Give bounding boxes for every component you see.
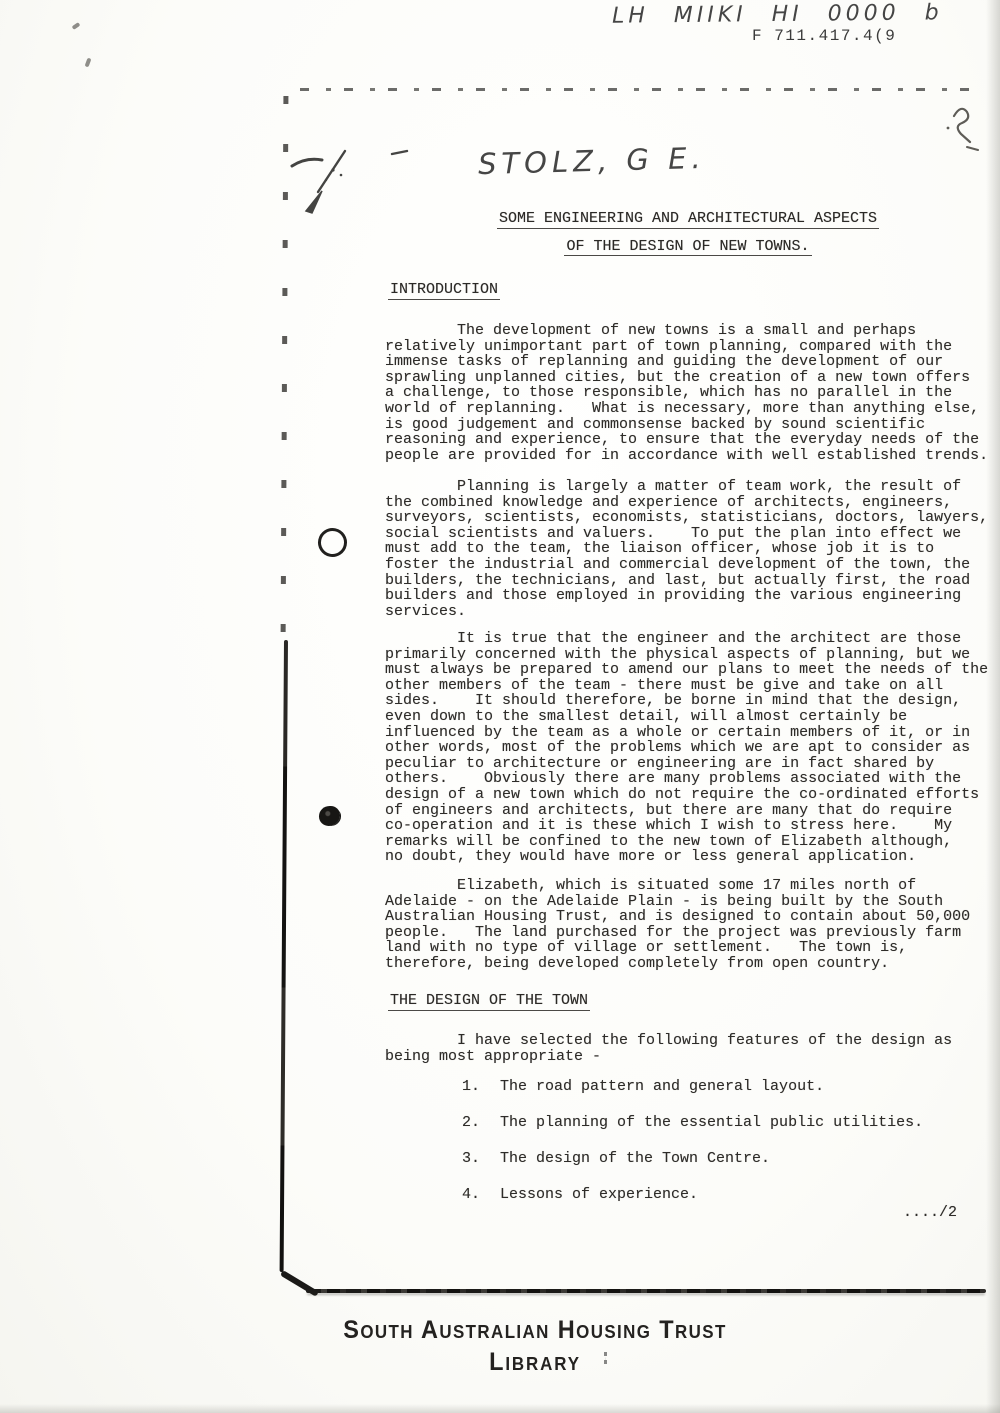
page-continuation-marker: ..../2 xyxy=(903,1205,957,1221)
document-title: SOME ENGINEERING AND ARCHITECTURAL ASPEC… xyxy=(385,211,991,256)
section-heading-design: THE DESIGN OF THE TOWN xyxy=(388,993,590,1011)
scanned-document-page: { "scan": { "handwritten_code": "LH MIIK… xyxy=(0,0,1000,1413)
section-heading-introduction: INTRODUCTION xyxy=(388,282,500,300)
punch-hole-circle xyxy=(315,525,349,559)
classification-number: F 711.417.4(9 xyxy=(752,27,896,45)
list-text: The road pattern and general layout. xyxy=(500,1079,824,1095)
title-line-1: SOME ENGINEERING AND ARCHITECTURAL ASPEC… xyxy=(385,211,991,229)
list-item-1: 1. The road pattern and general layout. xyxy=(462,1079,824,1095)
page-left-edge-line xyxy=(280,640,288,1272)
scan-dashed-top-edge xyxy=(300,88,976,91)
scan-speck xyxy=(72,22,81,30)
handwritten-author-name: STOLZ, G E. xyxy=(478,141,707,181)
library-stamp-library: Library xyxy=(314,1348,756,1377)
list-item-2: 2. The planning of the essential public … xyxy=(462,1115,923,1131)
paragraph-3: It is true that the engineer and the arc… xyxy=(385,631,988,865)
paragraph-2: Planning is largely a matter of team wor… xyxy=(385,479,988,619)
paragraph-1: The development of new towns is a small … xyxy=(385,323,988,463)
handwritten-catalog-code: LH MIIKI HI 0000 b xyxy=(612,0,943,28)
title-line-2: OF THE DESIGN OF NEW TOWNS. xyxy=(385,239,991,257)
list-text: The planning of the essential public uti… xyxy=(500,1115,923,1131)
squiggle-pen-mark xyxy=(947,109,978,150)
scan-speck xyxy=(85,58,92,68)
list-text: Lessons of experience. xyxy=(500,1187,698,1203)
arrow-pen-mark xyxy=(292,151,407,213)
list-number: 1. xyxy=(462,1079,480,1095)
library-stamp: South Australian Housing Trust Library xyxy=(314,1316,756,1377)
binding-tick-marks xyxy=(281,96,289,642)
list-number: 4. xyxy=(462,1187,480,1203)
list-number: 2. xyxy=(462,1115,480,1131)
list-text: The design of the Town Centre. xyxy=(500,1151,770,1167)
page-bottom-edge-line xyxy=(306,1289,986,1293)
list-item-4: 4. Lessons of experience. xyxy=(462,1187,698,1203)
ink-blob-mark xyxy=(319,806,340,826)
scan-bottom-edge-shadow xyxy=(0,1404,1000,1413)
list-item-3: 3. The design of the Town Centre. xyxy=(462,1151,770,1167)
library-stamp-org: South Australian Housing Trust xyxy=(314,1316,756,1345)
design-lead-paragraph: I have selected the following features o… xyxy=(385,1033,952,1064)
list-number: 3. xyxy=(462,1151,480,1167)
paragraph-4: Elizabeth, which is situated some 17 mil… xyxy=(385,878,970,972)
